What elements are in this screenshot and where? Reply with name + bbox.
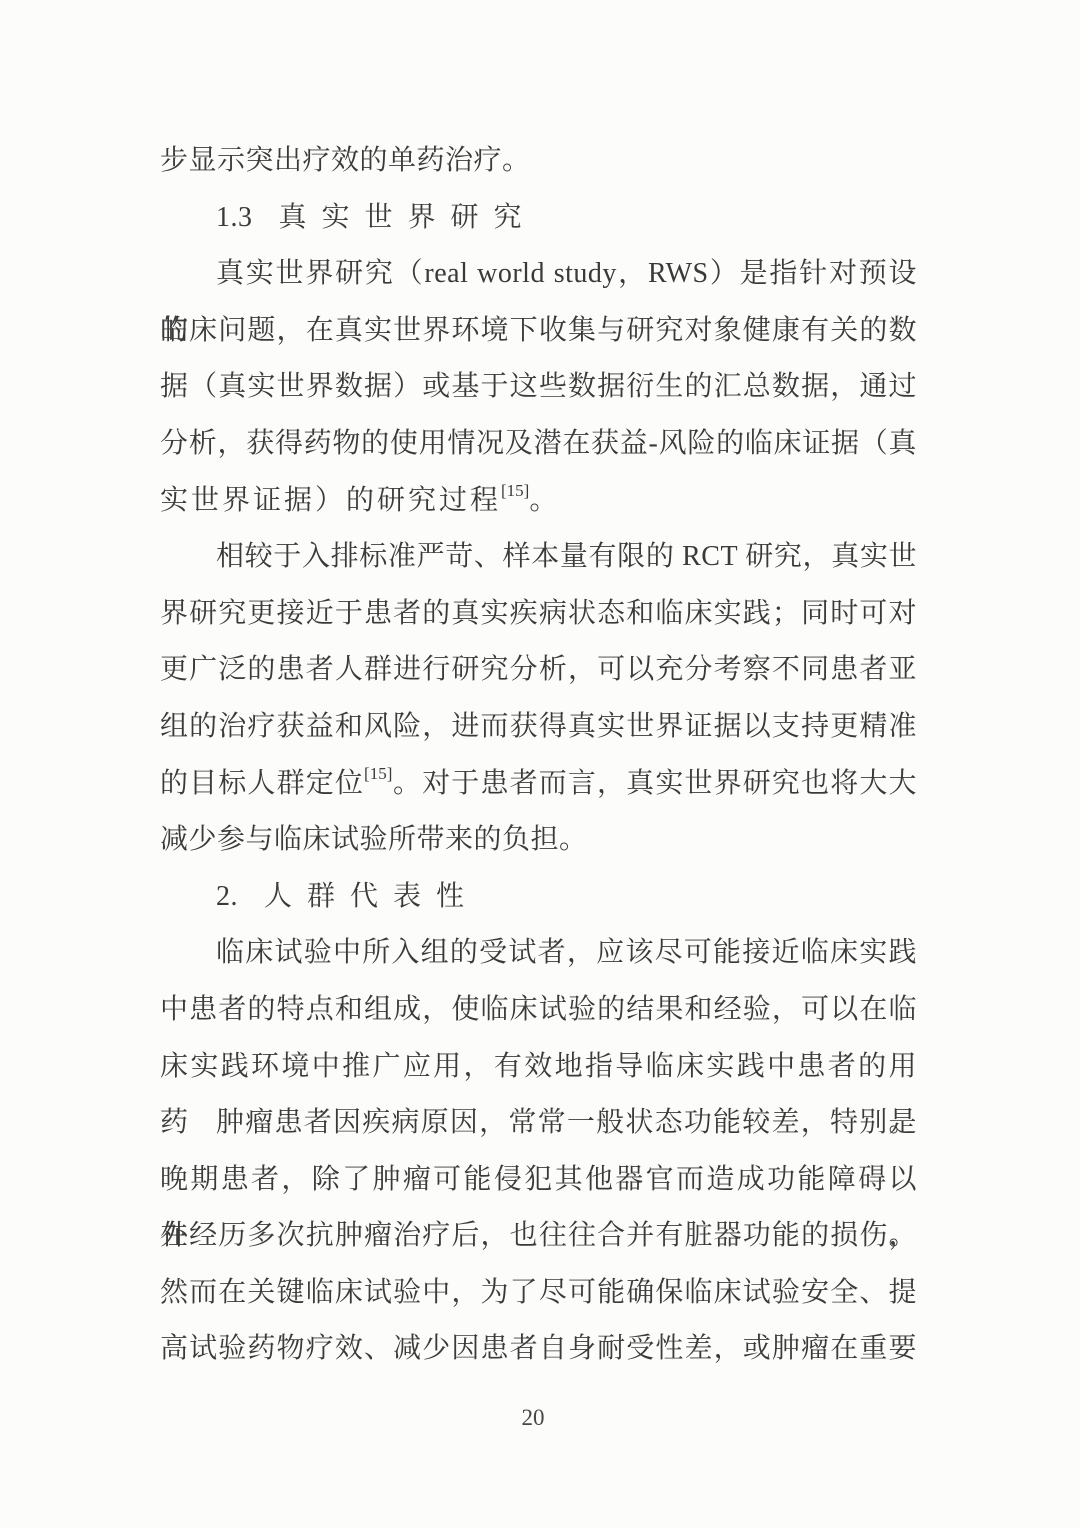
line-text: 步显示突出疗效的单药治疗。 — [160, 145, 531, 176]
text-line: 1.3真实世界研究 — [160, 190, 917, 247]
citation-ref: [15] — [364, 764, 392, 783]
line-text: 临床问题，在真实世界环境下收集与研究对象健康有关的数 — [160, 315, 917, 346]
line-text: 。对于患者而言，真实世界研究也将大大 — [392, 768, 917, 799]
text-line: 2.人群代表性 — [160, 869, 917, 926]
text-column: 步显示突出疗效的单药治疗。1.3真实世界研究真实世界研究（real world … — [160, 133, 917, 1378]
text-line: 然而在关键临床试验中，为了尽可能确保临床试验安全、提 — [160, 1265, 917, 1322]
line-text: 界研究更接近于患者的真实疾病状态和临床实践；同时可对 — [160, 598, 917, 629]
citation-ref: [15] — [501, 481, 529, 500]
line-text: 肿瘤患者因疾病原因，常常一般状态功能较差，特别是 — [216, 1107, 917, 1138]
line-text: 2. — [216, 881, 238, 912]
text-line: 组的治疗获益和风险，进而获得真实世界证据以支持更精准 — [160, 699, 917, 756]
line-text: 。 — [529, 485, 560, 516]
text-line: 分析，获得药物的使用情况及潜在获益-风险的临床证据（真 — [160, 416, 917, 473]
line-text: 实世界证据）的研究过程 — [160, 485, 501, 516]
text-line: 床实践环境中推广应用，有效地指导临床实践中患者的用药。 — [160, 1039, 917, 1096]
text-line: 在经历多次抗肿瘤治疗后，也往往合并有脏器功能的损伤。 — [160, 1208, 917, 1265]
line-text: 的目标人群定位 — [160, 768, 364, 799]
text-line: 高试验药物疗效、减少因患者自身耐受性差，或肿瘤在重要 — [160, 1321, 917, 1378]
text-line: 更广泛的患者人群进行研究分析，可以充分考察不同患者亚 — [160, 642, 917, 699]
line-text: 然而在关键临床试验中，为了尽可能确保临床试验安全、提 — [160, 1277, 917, 1308]
line-text: 减少参与临床试验所带来的负担。 — [160, 824, 588, 855]
text-line: 界研究更接近于患者的真实疾病状态和临床实践；同时可对 — [160, 586, 917, 643]
line-text: 中患者的特点和组成，使临床试验的结果和经验，可以在临 — [160, 994, 917, 1025]
line-text: 相较于入排标准严苛、样本量有限的 RCT 研究，真实世 — [216, 541, 917, 572]
text-line: 临床试验中所入组的受试者，应该尽可能接近临床实践 — [160, 925, 917, 982]
text-line: 步显示突出疗效的单药治疗。 — [160, 133, 917, 190]
text-line: 实世界证据）的研究过程[15]。 — [160, 473, 917, 530]
text-line: 中患者的特点和组成，使临床试验的结果和经验，可以在临 — [160, 982, 917, 1039]
text-line: 减少参与临床试验所带来的负担。 — [160, 812, 917, 869]
page-number: 20 — [522, 1405, 545, 1430]
line-text: 更广泛的患者人群进行研究分析，可以充分考察不同患者亚 — [160, 654, 917, 685]
text-line: 的目标人群定位[15]。对于患者而言，真实世界研究也将大大 — [160, 756, 917, 813]
line-text: 在经历多次抗肿瘤治疗后，也往往合并有脏器功能的损伤。 — [160, 1220, 917, 1251]
line-text: 1.3 — [216, 202, 253, 233]
line-text: 据（真实世界数据）或基于这些数据衍生的汇总数据，通过 — [160, 371, 917, 402]
document-page: 步显示突出疗效的单药治疗。1.3真实世界研究真实世界研究（real world … — [0, 0, 1080, 1528]
text-line: 据（真实世界数据）或基于这些数据衍生的汇总数据，通过 — [160, 359, 917, 416]
text-line: 临床问题，在真实世界环境下收集与研究对象健康有关的数 — [160, 303, 917, 360]
text-line: 相较于入排标准严苛、样本量有限的 RCT 研究，真实世 — [160, 529, 917, 586]
text-line: 肿瘤患者因疾病原因，常常一般状态功能较差，特别是 — [160, 1095, 917, 1152]
line-text: 高试验药物疗效、减少因患者自身耐受性差，或肿瘤在重要 — [160, 1333, 917, 1364]
line-text: 真实世界研究 — [279, 202, 537, 233]
line-text: 分析，获得药物的使用情况及潜在获益-风险的临床证据（真 — [160, 428, 917, 459]
line-text: 组的治疗获益和风险，进而获得真实世界证据以支持更精准 — [160, 711, 917, 742]
line-text: 临床试验中所入组的受试者，应该尽可能接近临床实践 — [216, 937, 917, 968]
text-line: 真实世界研究（real world study，RWS）是指针对预设的 — [160, 246, 917, 303]
text-line: 晚期患者，除了肿瘤可能侵犯其他器官而造成功能障碍以外， — [160, 1152, 917, 1209]
page-footer: 20 — [0, 1405, 1066, 1431]
line-text: 人群代表性 — [264, 881, 479, 912]
